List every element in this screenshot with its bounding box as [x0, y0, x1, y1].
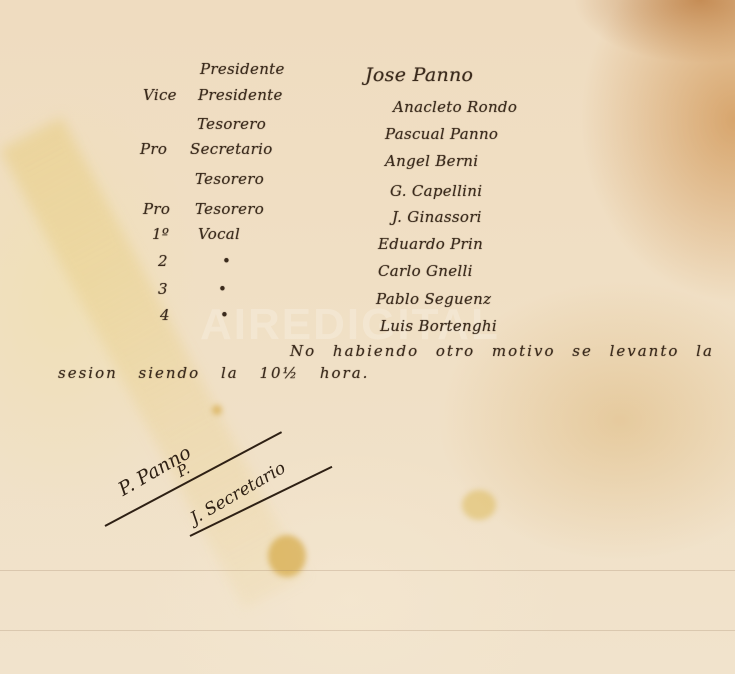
roster-name: Angel Berni — [385, 152, 478, 170]
stain-spot — [212, 405, 222, 415]
roster-name: J. Ginassori — [392, 208, 482, 226]
roster-name: Pablo Seguenz — [376, 290, 491, 308]
roster-name: G. Capellini — [390, 182, 482, 200]
roster-name: Anacleto Rondo — [393, 98, 517, 116]
roster-prefix: 2 — [158, 252, 168, 270]
roster-office: Presidente — [198, 86, 283, 104]
roster-office: • — [220, 306, 229, 324]
roster-office: Tesorero — [195, 170, 264, 188]
roster-name: Jose Panno — [365, 64, 473, 86]
fold-line — [0, 630, 735, 631]
roster-prefix: 3 — [158, 280, 168, 298]
roster-office: • — [218, 280, 227, 298]
roster-name: Pascual Panno — [385, 125, 498, 143]
document-page: AIREDIGITAL Vice Pro Pro 1º 2 3 4 Presid… — [0, 0, 735, 674]
roster-prefix: Vice — [143, 86, 177, 104]
roster-office: Tesorero — [197, 115, 266, 133]
roster-office: Vocal — [198, 225, 240, 243]
roster-office: Tesorero — [195, 200, 264, 218]
roster-prefix: 4 — [160, 306, 170, 324]
closing-line-1: No habiendo otro motivo se levanto la — [290, 342, 714, 360]
fold-line — [0, 570, 735, 571]
roster-name: Luis Bortenghi — [380, 317, 497, 335]
closing-line-2: sesion siendo la 10½ hora. — [58, 364, 369, 382]
stain-spot — [462, 490, 496, 520]
roster-prefix: Pro — [143, 200, 170, 218]
roster-prefix: 1º — [152, 225, 169, 243]
roster-office: Presidente — [200, 60, 285, 78]
roster-name: Eduardo Prin — [378, 235, 483, 253]
roster-name: Carlo Gnelli — [378, 262, 473, 280]
roster-prefix: Pro — [140, 140, 167, 158]
roster-office: Secretario — [190, 140, 273, 158]
roster-office: • — [222, 252, 231, 270]
